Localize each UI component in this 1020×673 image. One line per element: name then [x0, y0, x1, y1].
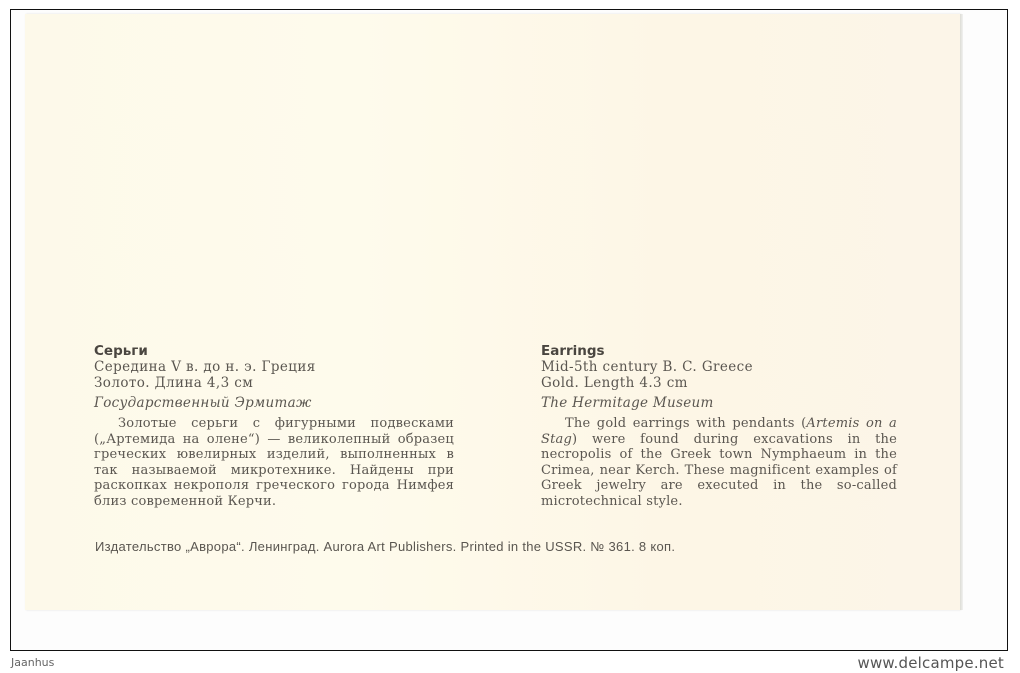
russian-museum: Государственный Эрмитаж [94, 395, 454, 411]
english-museum: The Hermitage Museum [541, 395, 897, 411]
english-description-start: The gold earrings with pendants ( [565, 416, 806, 431]
postcard-back [25, 14, 960, 610]
english-description-end: ) were found during excavations in the n… [541, 432, 897, 509]
postcard-edge [960, 14, 963, 610]
russian-title: Серьги [94, 343, 454, 359]
english-title: Earrings [541, 343, 897, 359]
russian-description-block: Золотые серьги с фигурными подвесками („… [94, 416, 454, 509]
russian-caption: Серьги Середина V в. до н. э. Греция Зол… [94, 343, 454, 509]
russian-material-line: Золото. Длина 4,3 см [94, 375, 454, 391]
russian-date-line: Середина V в. до н. э. Греция [94, 359, 454, 375]
seller-watermark: Jaanhus [11, 656, 54, 669]
english-material-line: Gold. Length 4.3 cm [541, 375, 897, 391]
english-date-line: Mid-5th century B. C. Greece [541, 359, 897, 375]
russian-description: Золотые серьги с фигурными подвесками („… [94, 416, 454, 509]
english-caption: Earrings Mid-5th century B. C. Greece Go… [541, 343, 897, 509]
english-description-block: The gold earrings with pendants (Artemis… [541, 416, 897, 509]
site-watermark: www.delcampe.net [858, 654, 1005, 672]
publisher-line: Издательство „Аврора“. Ленинград. Aurora… [95, 539, 895, 554]
